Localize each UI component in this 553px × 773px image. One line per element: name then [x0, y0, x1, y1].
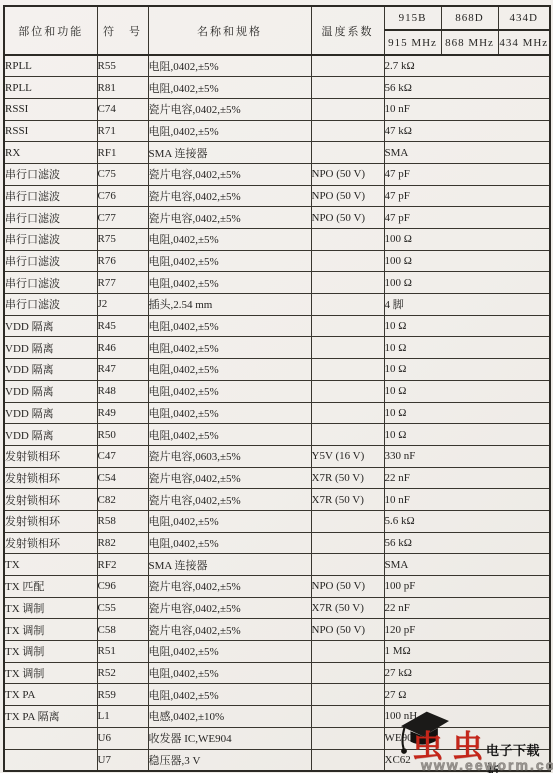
col-header-model-434d: 434D: [498, 6, 550, 30]
table-row: TX 调制 R52 电阻,0402,±5% 27 kΩ: [4, 662, 550, 684]
cell-symbol: C75: [97, 163, 148, 185]
cell-part: VDD 隔离: [4, 359, 97, 381]
table-row: U7 稳压器,3 V XC62: [4, 749, 550, 771]
cell-value: 22 nF: [384, 467, 550, 489]
col-header-freq-868: 868 MHz: [441, 30, 498, 55]
cell-part: TX 调制: [4, 662, 97, 684]
cell-value: 47 pF: [384, 163, 550, 185]
cell-temp: [311, 55, 384, 77]
cell-value: 10 nF: [384, 489, 550, 511]
cell-temp: X7R (50 V): [311, 467, 384, 489]
cell-symbol: U6: [97, 727, 148, 749]
cell-symbol: R77: [97, 272, 148, 294]
cell-symbol: C74: [97, 98, 148, 120]
cell-part: TX PA: [4, 684, 97, 706]
cell-name: 电阻,0402,±5%: [148, 337, 311, 359]
cell-symbol: R50: [97, 424, 148, 446]
cell-symbol: C55: [97, 597, 148, 619]
cell-value: 47 pF: [384, 185, 550, 207]
col-header-symbol: 符 号: [97, 6, 148, 55]
cell-temp: [311, 380, 384, 402]
cell-part: VDD 隔离: [4, 424, 97, 446]
cell-value: 2.7 kΩ: [384, 55, 550, 77]
cell-part: 串行口滤波: [4, 294, 97, 316]
table-row: 串行口滤波 C76 瓷片电容,0402,±5% NPO (50 V) 47 pF: [4, 185, 550, 207]
table-row: TX 匹配 C96 瓷片电容,0402,±5% NPO (50 V) 100 p…: [4, 576, 550, 598]
table-row: 串行口滤波 R77 电阻,0402,±5% 100 Ω: [4, 272, 550, 294]
cell-value: 27 Ω: [384, 684, 550, 706]
cell-symbol: R76: [97, 250, 148, 272]
cell-name: 电阻,0402,±5%: [148, 662, 311, 684]
cell-part: TX 调制: [4, 619, 97, 641]
cell-part: RPLL: [4, 77, 97, 99]
cell-temp: [311, 359, 384, 381]
cell-name: 瓷片电容,0402,±5%: [148, 489, 311, 511]
cell-symbol: R59: [97, 684, 148, 706]
cell-value: WE904: [384, 727, 550, 749]
cell-value: 100 Ω: [384, 272, 550, 294]
cell-name: 瓷片电容,0402,±5%: [148, 98, 311, 120]
cell-part: VDD 隔离: [4, 337, 97, 359]
cell-value: 47 kΩ: [384, 120, 550, 142]
cell-temp: [311, 402, 384, 424]
cell-name: 电阻,0402,±5%: [148, 250, 311, 272]
cell-value: 100 Ω: [384, 229, 550, 251]
cell-symbol: R49: [97, 402, 148, 424]
cell-symbol: RF1: [97, 142, 148, 164]
cell-name: 瓷片电容,0402,±5%: [148, 467, 311, 489]
cell-symbol: C77: [97, 207, 148, 229]
cell-symbol: R45: [97, 315, 148, 337]
cell-part: 串行口滤波: [4, 185, 97, 207]
cell-part: TX 调制: [4, 597, 97, 619]
cell-name: 瓷片电容,0603,±5%: [148, 445, 311, 467]
cell-temp: X7R (50 V): [311, 597, 384, 619]
cell-value: 27 kΩ: [384, 662, 550, 684]
cell-name: 电感,0402,±10%: [148, 706, 311, 728]
cell-temp: [311, 337, 384, 359]
cell-temp: NPO (50 V): [311, 619, 384, 641]
table-row: TX PA 隔离 L1 电感,0402,±10% 100 nH: [4, 706, 550, 728]
cell-symbol: C96: [97, 576, 148, 598]
table-row: 串行口滤波 J2 插头,2.54 mm 4 脚: [4, 294, 550, 316]
cell-value: 10 Ω: [384, 424, 550, 446]
cell-name: 稳压器,3 V: [148, 749, 311, 771]
cell-part: RSSI: [4, 120, 97, 142]
cell-value: 10 Ω: [384, 402, 550, 424]
cell-name: 瓷片电容,0402,±5%: [148, 619, 311, 641]
cell-part: RSSI: [4, 98, 97, 120]
cell-name: 电阻,0402,±5%: [148, 315, 311, 337]
cell-value: SMA: [384, 554, 550, 576]
cell-symbol: R71: [97, 120, 148, 142]
cell-value: 4 脚: [384, 294, 550, 316]
cell-symbol: C47: [97, 445, 148, 467]
cell-value: 100 pF: [384, 576, 550, 598]
cell-value: 10 Ω: [384, 359, 550, 381]
cell-symbol: R47: [97, 359, 148, 381]
cell-part: 串行口滤波: [4, 163, 97, 185]
table-row: VDD 隔离 R49 电阻,0402,±5% 10 Ω: [4, 402, 550, 424]
cell-name: 瓷片电容,0402,±5%: [148, 207, 311, 229]
cell-symbol: C54: [97, 467, 148, 489]
cell-symbol: J2: [97, 294, 148, 316]
table-row: 发射锁相环 R82 电阻,0402,±5% 56 kΩ: [4, 532, 550, 554]
table-row: 发射锁相环 C54 瓷片电容,0402,±5% X7R (50 V) 22 nF: [4, 467, 550, 489]
cell-temp: [311, 272, 384, 294]
cell-value: 330 nF: [384, 445, 550, 467]
table-header: 部位和功能 符 号 名称和规格 温度系数 915B 868D 434D 915 …: [4, 6, 550, 55]
cell-value: 10 Ω: [384, 380, 550, 402]
cell-name: 电阻,0402,±5%: [148, 424, 311, 446]
cell-name: 电阻,0402,±5%: [148, 77, 311, 99]
table-row: RSSI R71 电阻,0402,±5% 47 kΩ: [4, 120, 550, 142]
table-row: TX PA R59 电阻,0402,±5% 27 Ω: [4, 684, 550, 706]
cell-part: [4, 749, 97, 771]
cell-value: 100 nH: [384, 706, 550, 728]
cell-temp: [311, 706, 384, 728]
cell-temp: [311, 98, 384, 120]
cell-part: 发射锁相环: [4, 532, 97, 554]
col-header-part: 部位和功能: [4, 6, 97, 55]
cell-part: 串行口滤波: [4, 272, 97, 294]
cell-part: 发射锁相环: [4, 467, 97, 489]
cell-part: 发射锁相环: [4, 510, 97, 532]
cell-symbol: L1: [97, 706, 148, 728]
cell-temp: NPO (50 V): [311, 576, 384, 598]
cell-part: 串行口滤波: [4, 207, 97, 229]
table-row: 发射锁相环 C47 瓷片电容,0603,±5% Y5V (16 V) 330 n…: [4, 445, 550, 467]
table-row: RPLL R55 电阻,0402,±5% 2.7 kΩ: [4, 55, 550, 77]
cell-symbol: C82: [97, 489, 148, 511]
cell-symbol: RF2: [97, 554, 148, 576]
col-header-freq-915: 915 MHz: [384, 30, 441, 55]
table-row: 发射锁相环 R58 电阻,0402,±5% 5.6 kΩ: [4, 510, 550, 532]
cell-temp: [311, 229, 384, 251]
cell-symbol: C58: [97, 619, 148, 641]
cell-name: 电阻,0402,±5%: [148, 641, 311, 663]
col-header-freq-434: 434 MHz: [498, 30, 550, 55]
cell-part: VDD 隔离: [4, 380, 97, 402]
cell-name: 电阻,0402,±5%: [148, 684, 311, 706]
cell-part: 串行口滤波: [4, 250, 97, 272]
table-row: 串行口滤波 C75 瓷片电容,0402,±5% NPO (50 V) 47 pF: [4, 163, 550, 185]
cell-part: 串行口滤波: [4, 229, 97, 251]
cell-name: 电阻,0402,±5%: [148, 510, 311, 532]
cell-name: 瓷片电容,0402,±5%: [148, 576, 311, 598]
table-row: VDD 隔离 R45 电阻,0402,±5% 10 Ω: [4, 315, 550, 337]
cell-part: TX: [4, 554, 97, 576]
cell-temp: [311, 424, 384, 446]
cell-part: VDD 隔离: [4, 402, 97, 424]
cell-part: 发射锁相环: [4, 489, 97, 511]
cell-value: 56 kΩ: [384, 77, 550, 99]
cell-temp: NPO (50 V): [311, 185, 384, 207]
cell-temp: [311, 77, 384, 99]
table-row: TX 调制 C58 瓷片电容,0402,±5% NPO (50 V) 120 p…: [4, 619, 550, 641]
table-body: RPLL R55 电阻,0402,±5% 2.7 kΩ RPLL R81 电阻,…: [4, 55, 550, 771]
cell-temp: [311, 120, 384, 142]
cell-name: SMA 连接器: [148, 142, 311, 164]
table-row: RX RF1 SMA 连接器 SMA: [4, 142, 550, 164]
cell-symbol: R51: [97, 641, 148, 663]
table-row: 发射锁相环 C82 瓷片电容,0402,±5% X7R (50 V) 10 nF: [4, 489, 550, 511]
table-row: 串行口滤波 C77 瓷片电容,0402,±5% NPO (50 V) 47 pF: [4, 207, 550, 229]
cell-part: TX 调制: [4, 641, 97, 663]
table-row: VDD 隔离 R50 电阻,0402,±5% 10 Ω: [4, 424, 550, 446]
cell-part: TX PA 隔离: [4, 706, 97, 728]
cell-value: 10 Ω: [384, 315, 550, 337]
cell-value: 47 pF: [384, 207, 550, 229]
cell-value: 5.6 kΩ: [384, 510, 550, 532]
cell-temp: [311, 641, 384, 663]
cell-name: 电阻,0402,±5%: [148, 229, 311, 251]
cell-symbol: R82: [97, 532, 148, 554]
table-row: RPLL R81 电阻,0402,±5% 56 kΩ: [4, 77, 550, 99]
cell-temp: Y5V (16 V): [311, 445, 384, 467]
cell-temp: [311, 250, 384, 272]
cell-name: 电阻,0402,±5%: [148, 359, 311, 381]
cell-symbol: R81: [97, 77, 148, 99]
cell-value: XC62: [384, 749, 550, 771]
cell-temp: [311, 510, 384, 532]
table-row: U6 收发器 IC,WE904 WE904: [4, 727, 550, 749]
cell-temp: [311, 727, 384, 749]
cell-name: 收发器 IC,WE904: [148, 727, 311, 749]
cell-value: 120 pF: [384, 619, 550, 641]
cell-symbol: R46: [97, 337, 148, 359]
cell-symbol: R55: [97, 55, 148, 77]
table-row: VDD 隔离 R47 电阻,0402,±5% 10 Ω: [4, 359, 550, 381]
cell-part: [4, 727, 97, 749]
cell-value: 56 kΩ: [384, 532, 550, 554]
cell-temp: [311, 662, 384, 684]
cell-temp: [311, 554, 384, 576]
cell-part: TX 匹配: [4, 576, 97, 598]
cell-temp: [311, 294, 384, 316]
cell-value: 10 nF: [384, 98, 550, 120]
cell-name: 电阻,0402,±5%: [148, 532, 311, 554]
cell-name: 电阻,0402,±5%: [148, 380, 311, 402]
cell-temp: [311, 142, 384, 164]
table-row: 串行口滤波 R75 电阻,0402,±5% 100 Ω: [4, 229, 550, 251]
cell-part: 发射锁相环: [4, 445, 97, 467]
cell-value: 1 MΩ: [384, 641, 550, 663]
cell-name: SMA 连接器: [148, 554, 311, 576]
cell-name: 电阻,0402,±5%: [148, 120, 311, 142]
col-header-model-915b: 915B: [384, 6, 441, 30]
cell-symbol: C76: [97, 185, 148, 207]
component-table: 部位和功能 符 号 名称和规格 温度系数 915B 868D 434D 915 …: [3, 5, 551, 772]
cell-name: 电阻,0402,±5%: [148, 55, 311, 77]
table-row: TX 调制 C55 瓷片电容,0402,±5% X7R (50 V) 22 nF: [4, 597, 550, 619]
table-row: TX RF2 SMA 连接器 SMA: [4, 554, 550, 576]
cell-name: 电阻,0402,±5%: [148, 272, 311, 294]
cell-name: 瓷片电容,0402,±5%: [148, 597, 311, 619]
table-row: TX 调制 R51 电阻,0402,±5% 1 MΩ: [4, 641, 550, 663]
cell-part: RX: [4, 142, 97, 164]
col-header-temp: 温度系数: [311, 6, 384, 55]
cell-part: RPLL: [4, 55, 97, 77]
cell-symbol: R48: [97, 380, 148, 402]
cell-symbol: R52: [97, 662, 148, 684]
cell-temp: NPO (50 V): [311, 163, 384, 185]
cell-temp: X7R (50 V): [311, 489, 384, 511]
col-header-name: 名称和规格: [148, 6, 311, 55]
cell-name: 电阻,0402,±5%: [148, 402, 311, 424]
cell-temp: [311, 749, 384, 771]
cell-value: SMA: [384, 142, 550, 164]
cell-temp: [311, 684, 384, 706]
table-row: 串行口滤波 R76 电阻,0402,±5% 100 Ω: [4, 250, 550, 272]
cell-value: 22 nF: [384, 597, 550, 619]
cell-temp: NPO (50 V): [311, 207, 384, 229]
cell-symbol: R75: [97, 229, 148, 251]
table-row: VDD 隔离 R46 电阻,0402,±5% 10 Ω: [4, 337, 550, 359]
cell-name: 瓷片电容,0402,±5%: [148, 185, 311, 207]
cell-value: 10 Ω: [384, 337, 550, 359]
cell-temp: [311, 532, 384, 554]
table-row: RSSI C74 瓷片电容,0402,±5% 10 nF: [4, 98, 550, 120]
cell-value: 100 Ω: [384, 250, 550, 272]
cell-name: 瓷片电容,0402,±5%: [148, 163, 311, 185]
cell-name: 插头,2.54 mm: [148, 294, 311, 316]
cell-symbol: R58: [97, 510, 148, 532]
table-row: VDD 隔离 R48 电阻,0402,±5% 10 Ω: [4, 380, 550, 402]
col-header-model-868d: 868D: [441, 6, 498, 30]
cell-symbol: U7: [97, 749, 148, 771]
cell-part: VDD 隔离: [4, 315, 97, 337]
cell-temp: [311, 315, 384, 337]
